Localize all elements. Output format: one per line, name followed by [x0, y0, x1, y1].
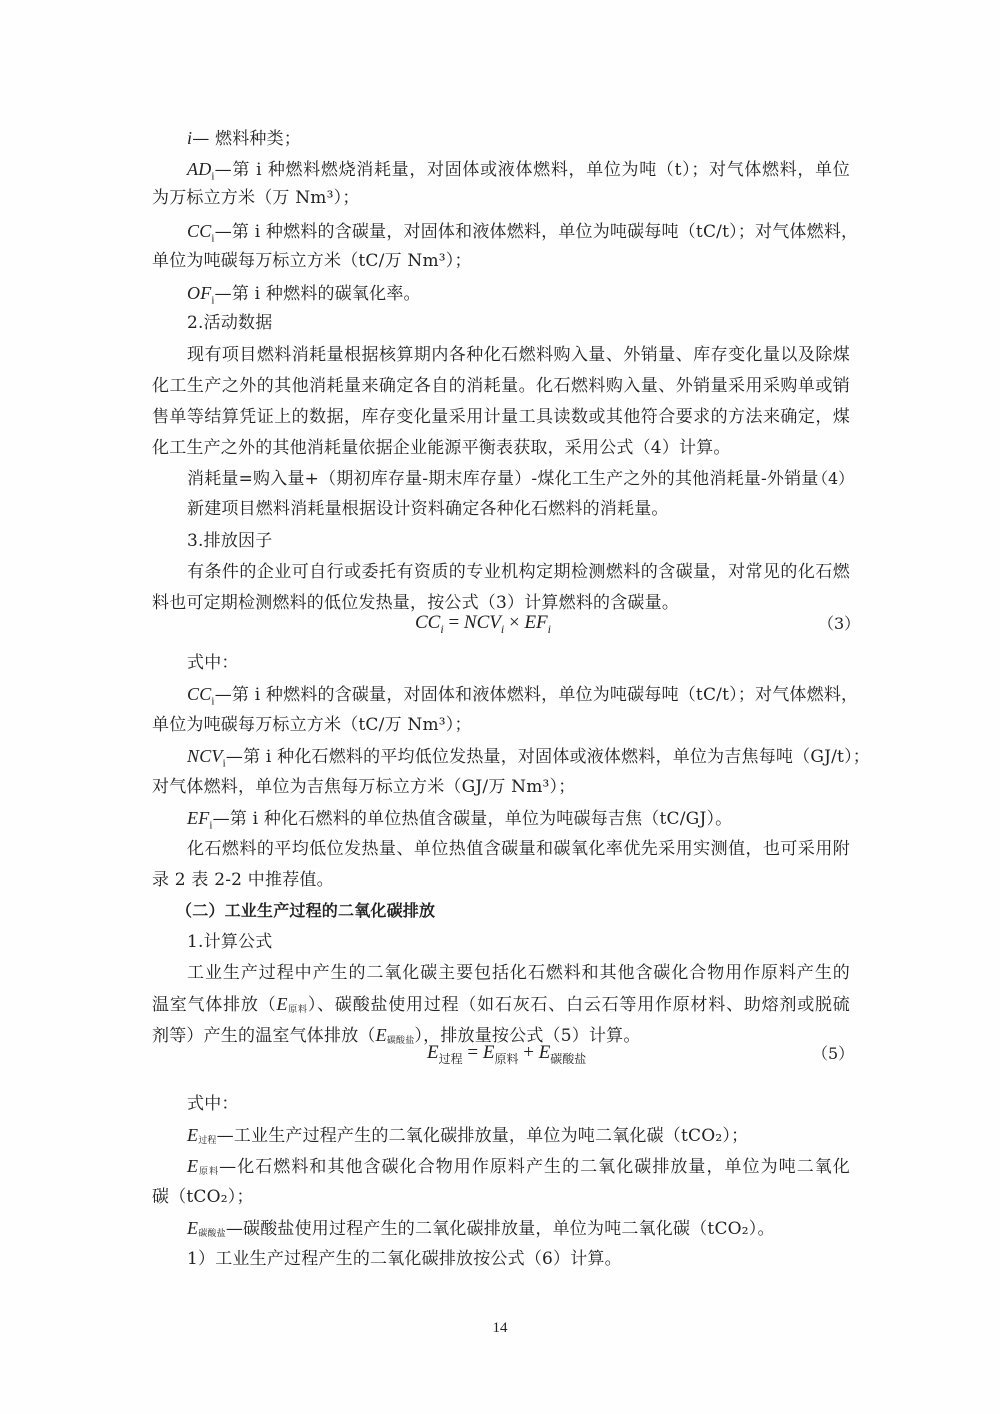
definition-e-raw: E原料—化石燃料和其他含碳化合物用作原料产生的二氧化碳排放量，单位为吨二氧化	[187, 1154, 850, 1184]
paragraph-line: 工业生产过程中产生的二氧化碳主要包括化石燃料和其他含碳化合物用作原料产生的	[187, 961, 850, 985]
definition-cc: CCi—第 i 种燃料的含碳量，对固体和液体燃料，单位为吨碳每吨（tC/t）；对…	[187, 219, 850, 251]
definition-e-carbonate: E碳酸盐—碳酸盐使用过程产生的二氧化碳排放量，单位为吨二氧化碳（tCO₂）。	[187, 1216, 887, 1246]
equation-4-number: （4）	[812, 467, 854, 491]
paragraph-line: 化石燃料的平均低位发热量、单位热值含碳量和碳氧化率优先采用实测值，也可采用附	[187, 837, 850, 861]
section-heading: （二）工业生产过程的二氧化碳排放	[176, 899, 876, 923]
symbol: ADi	[187, 159, 215, 179]
where-label: 式中：	[187, 1092, 887, 1116]
equation-3: CCi = NCVi × EFi	[415, 610, 551, 642]
heading-emission-factor: 3.排放因子	[187, 529, 887, 553]
page-number: 14	[0, 1320, 1000, 1337]
definition-ncv-cont: 对气体燃料，单位为吉焦每万标立方米（GJ/万 Nm³）；	[152, 775, 852, 799]
definition-ncv: NCVi—第 i 种化石燃料的平均低位发热量，对固体或液体燃料，单位为吉焦每吨（…	[187, 744, 850, 776]
paragraph-new-projects: 新建项目燃料消耗量根据设计资料确定各种化石燃料的消耗量。	[187, 497, 887, 521]
definition-e-raw-cont: 碳（tCO₂）；	[152, 1185, 852, 1209]
symbol: OFi	[187, 283, 215, 303]
document-page: i— 燃料种类； ADi—第 i 种燃料燃烧消耗量，对固体或液体燃料，单位为吨（…	[0, 0, 1000, 1414]
equation-3-number: （3）	[818, 612, 860, 636]
definition-i: i— 燃料种类；	[187, 126, 887, 151]
equation-5-number: （5）	[812, 1042, 854, 1066]
paragraph-line: 售单等结算凭证上的数据，库存变化量采用计量工具读数或其他符合要求的方法来确定，煤	[152, 405, 850, 429]
definition-cc-cont: 单位为吨碳每万标立方米（tC/万 Nm³）；	[152, 713, 852, 737]
definition-cc-cont: 单位为吨碳每万标立方米（tC/万 Nm³）；	[152, 249, 852, 273]
heading-activity-data: 2.活动数据	[187, 311, 887, 335]
definition-ef: EFi—第 i 种化石燃料的单位热值含碳量，单位为吨碳每吉焦（tC/GJ）。	[187, 806, 887, 838]
paragraph-line: 录 2 表 2-2 中推荐值。	[152, 868, 852, 892]
definition-ad: ADi—第 i 种燃料燃烧消耗量，对固体或液体燃料，单位为吨（t）；对气体燃料，…	[187, 157, 850, 189]
where-label: 式中：	[187, 651, 887, 675]
paragraph-line: 现有项目燃料消耗量根据核算期内各种化石燃料购入量、外销量、库存变化量以及除煤	[187, 343, 850, 367]
paragraph-line: 化工生产之外的其他消耗量来确定各自的消耗量。化石燃料购入量、外销量采用采购单或销	[152, 374, 850, 398]
equation-4-text: 消耗量=购入量+（期初库存量-期末库存量）-煤化工生产之外的其他消耗量-外销量	[187, 467, 887, 491]
definition-cc: CCi—第 i 种燃料的含碳量，对固体和液体燃料，单位为吨碳每吨（tC/t）；对…	[187, 682, 850, 714]
symbol: NCVi	[187, 746, 226, 766]
definition-ad-cont: 为万标立方米（万 Nm³）；	[152, 186, 852, 210]
list-item-1: 1）工业生产过程产生的二氧化碳排放按公式（6）计算。	[187, 1247, 887, 1271]
paragraph-line: 有条件的企业可自行或委托有资质的专业机构定期检测燃料的含碳量，对常见的化石燃	[187, 560, 850, 584]
definition-of: OFi—第 i 种燃料的碳氧化率。	[187, 281, 887, 313]
symbol: CCi	[187, 684, 215, 704]
symbol: CCi	[187, 221, 215, 241]
heading-calc-formula: 1.计算公式	[187, 930, 887, 954]
symbol: EFi	[187, 808, 213, 828]
paragraph-line: 化工生产之外的其他消耗量依据企业能源平衡表获取，采用公式（4）计算。	[152, 436, 852, 460]
definition-e-process: E过程—工业生产过程产生的二氧化碳排放量，单位为吨二氧化碳（tCO₂）；	[187, 1123, 887, 1153]
paragraph-line: 温室气体排放（E原料）、碳酸盐使用过程（如石灰石、白云石等用作原材料、助熔剂或脱…	[152, 992, 850, 1022]
equation-5: E过程 = E原料 + E碳酸盐	[427, 1040, 586, 1072]
